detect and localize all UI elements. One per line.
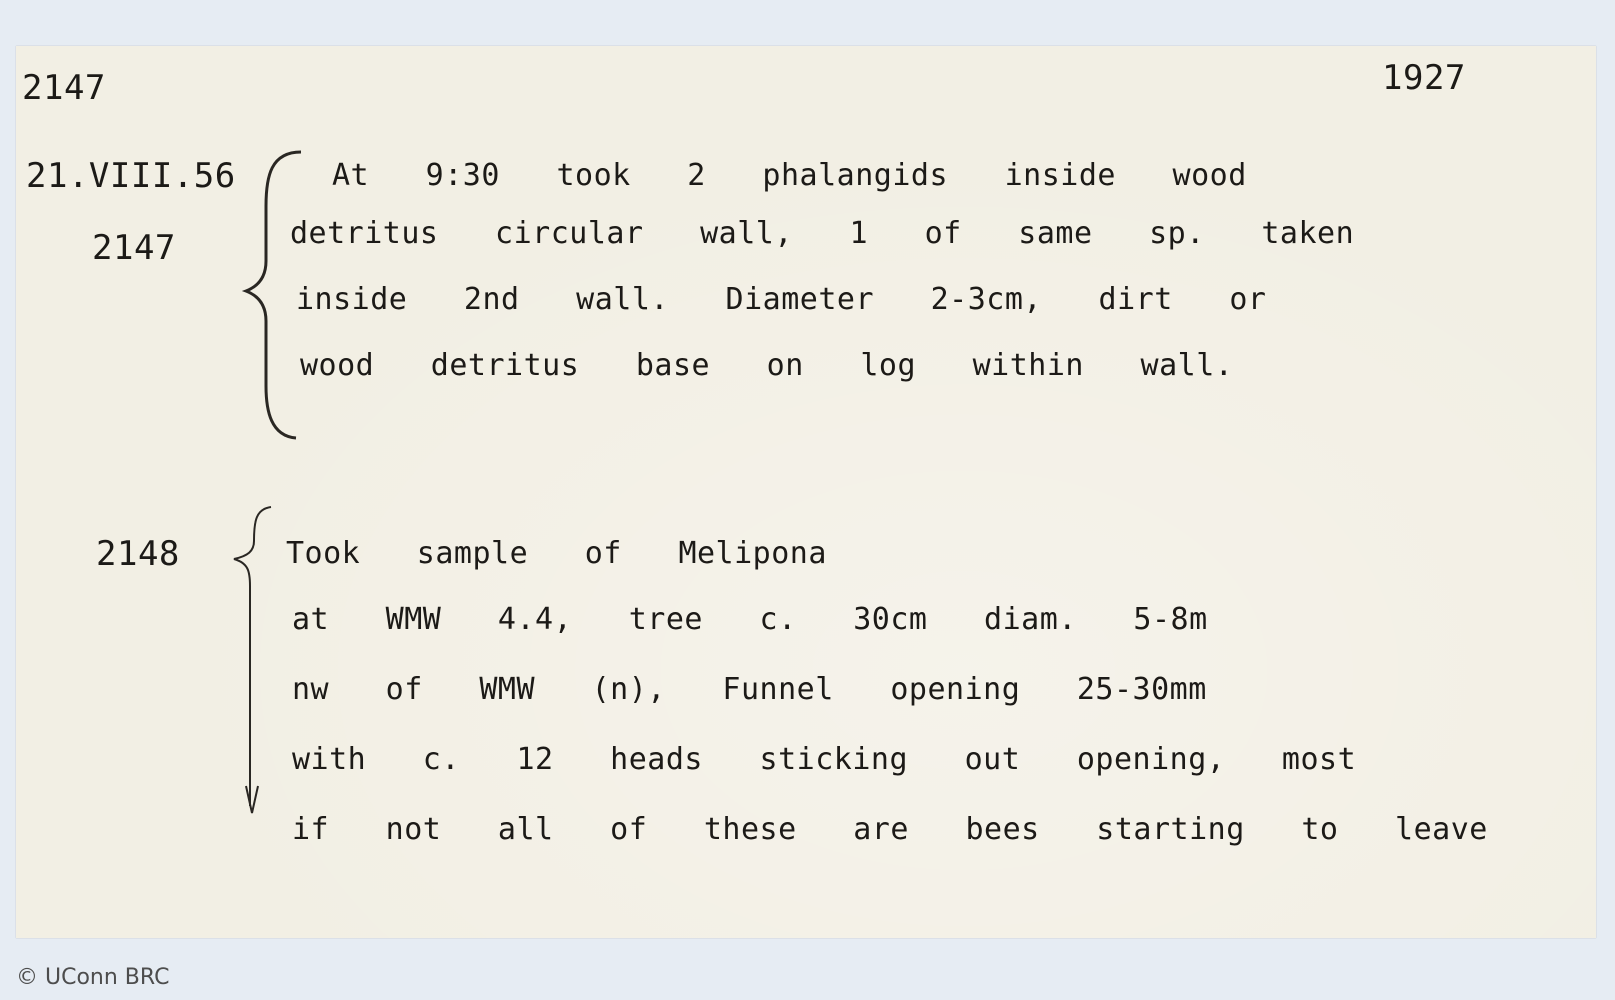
entry-line: wood detritus base on log within wall. (300, 348, 1233, 383)
index-card: 2147 1927 21.VIII.56 2147 At 9:30 took 2… (16, 46, 1596, 938)
copyright-credit: © UConn BRC (16, 965, 169, 990)
entry-line: with c. 12 heads sticking out opening, m… (292, 742, 1356, 777)
genus-name: Melipona (678, 536, 827, 571)
entry-line: at WMW 4.4, tree c. 30cm diam. 5-8m (292, 602, 1208, 637)
entry-number: 2148 (96, 534, 180, 574)
entry-line: At 9:30 took 2 phalangids inside wood (332, 158, 1247, 193)
entry-date: 21.VIII.56 (26, 156, 236, 196)
entry-line: if not all of these are bees starting to… (292, 812, 1488, 847)
entry-text: Took sample of (286, 536, 622, 571)
catalog-number: 2147 (22, 68, 106, 108)
entry-number: 2147 (92, 228, 176, 268)
entry-line: detritus circular wall, 1 of same sp. ta… (290, 216, 1354, 251)
brace-icon (226, 501, 286, 821)
entry-line: inside 2nd wall. Diameter 2-3cm, dirt or (296, 282, 1266, 317)
entry-line: Took sample of Melipona (286, 536, 827, 571)
entry-line: nw of WMW (n), Funnel opening 25-30mm (292, 672, 1207, 707)
year: 1927 (1382, 58, 1466, 98)
